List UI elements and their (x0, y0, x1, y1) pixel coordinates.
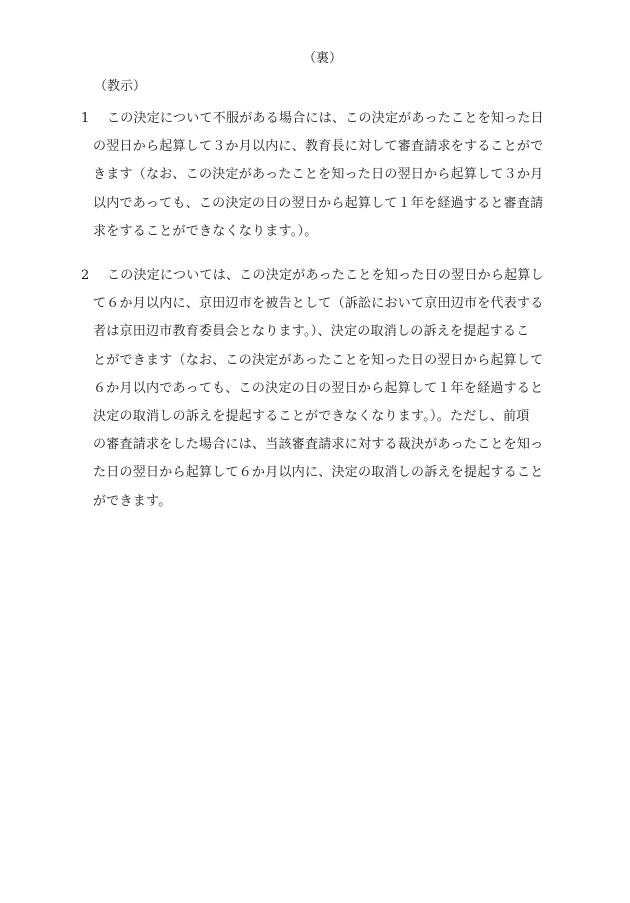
text-line: ６か月以内であっても、この決定の日の翌日から起算して１年を経過すると (93, 375, 553, 403)
text-line: この決定について不服がある場合には、この決定があったことを知った日 (93, 105, 553, 133)
text-line: の審査請求をした場合には、当該審査請求に対する裁決があったことを知っ (93, 431, 553, 459)
item-number: 2 (81, 262, 89, 290)
item-text: この決定について不服がある場合には、この決定があったことを知った日 の翌日から起… (93, 105, 553, 246)
page-side-label: （裏） (303, 51, 342, 67)
text-line: きます（なお、この決定があったことを知った日の翌日から起算して３か月 (93, 161, 553, 189)
text-line: の翌日から起算して３か月以内に、教育長に対して審査請求をすることがで (93, 133, 553, 161)
text-line: とができます（なお、この決定があったことを知った日の翌日から起算して (93, 347, 553, 375)
text-line: 決定の取消しの訴えを提起することができなくなります。）。ただし、前項 (93, 403, 553, 431)
text-line: ができます。 (93, 488, 553, 516)
text-line: 求をすることができなくなります。）。 (93, 218, 553, 246)
text-line: この決定については、この決定があったことを知った日の翌日から起算し (93, 262, 553, 290)
text-line: た日の翌日から起算して６か月以内に、決定の取消しの訴えを提起すること (93, 459, 553, 487)
item-number: 1 (81, 105, 89, 133)
text-line: て６か月以内に、京田辺市を被告として（訴訟において京田辺市を代表する (93, 290, 553, 318)
item-text: この決定については、この決定があったことを知った日の翌日から起算し て６か月以内… (93, 262, 553, 516)
text-line: 者は京田辺市教育委員会となります。）、決定の取消しの訴えを提起するこ (93, 318, 553, 346)
section-title: （教示） (94, 79, 146, 95)
document-page: （裏） （教示） 1 この決定について不服がある場合には、この決定があったことを… (0, 0, 630, 903)
text-line: 以内であっても、この決定の日の翌日から起算して１年を経過すると審査請 (93, 190, 553, 218)
